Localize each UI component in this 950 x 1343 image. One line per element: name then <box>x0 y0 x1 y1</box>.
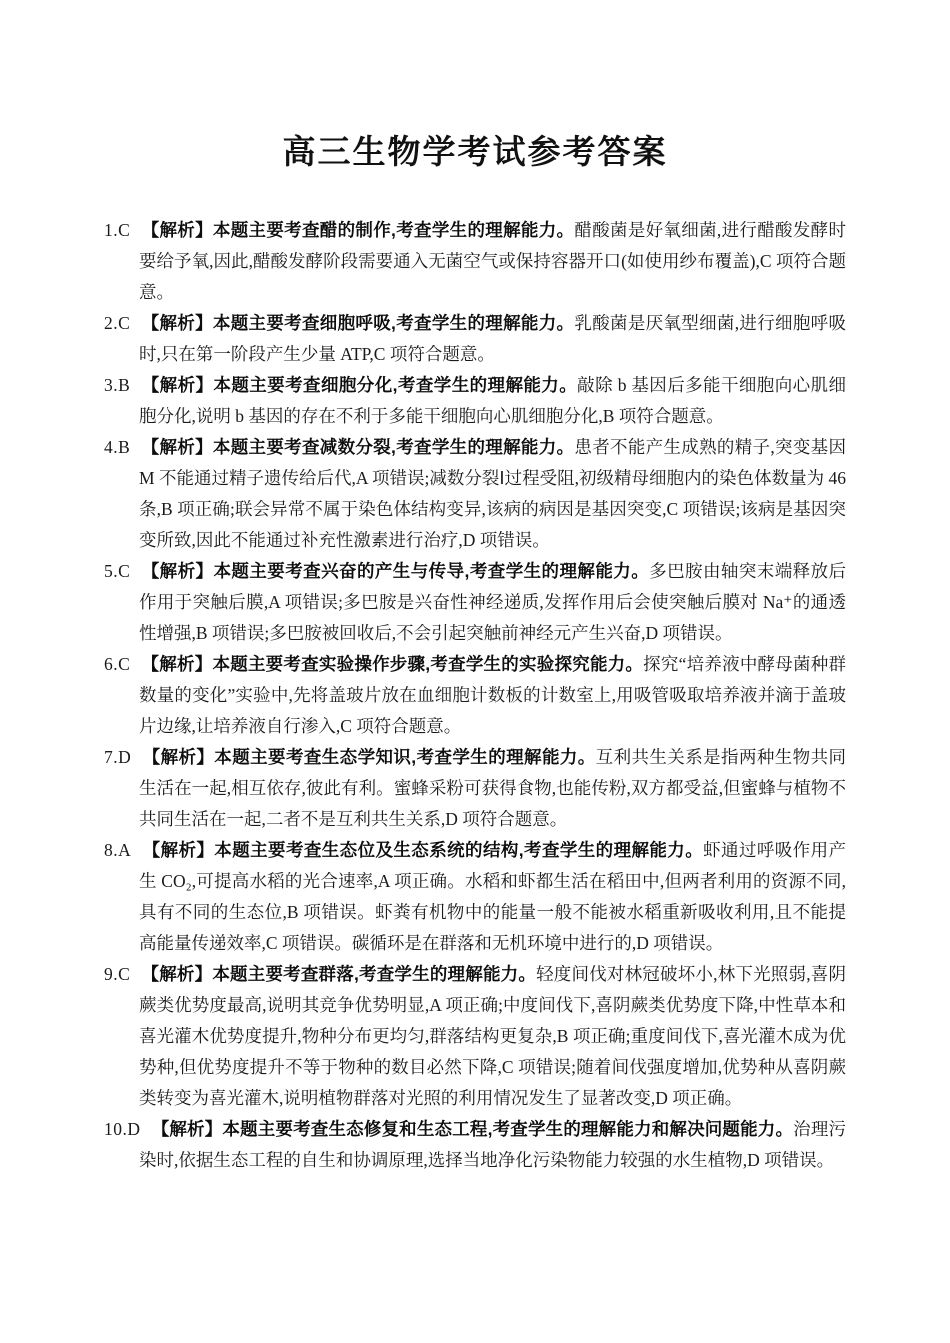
analysis-text: 轻度间伐对林冠破坏小,林下光照弱,喜阴蕨类优势度最高,说明其竞争优势明显,A 项… <box>139 964 846 1108</box>
answer-item-4: 4.B【解析】本题主要考查减数分裂,考查学生的理解能力。患者不能产生成熟的精子,… <box>104 432 846 556</box>
answer-item-6: 6.C【解析】本题主要考查实验操作步骤,考查学生的实验探究能力。探究“培养液中酵… <box>104 649 846 742</box>
answer-list: 1.C【解析】本题主要考查醋的制作,考查学生的理解能力。醋酸菌是好氧细菌,进行醋… <box>104 215 846 1176</box>
page-title: 高三生物学考试参考答案 <box>104 126 846 173</box>
answer-item-8: 8.A【解析】本题主要考查生态位及生态系统的结构,考查学生的理解能力。虾通过呼吸… <box>104 835 846 959</box>
answer-number: 3.B <box>104 375 130 395</box>
analysis-heading: 【解析】本题主要考查细胞分化,考查学生的理解能力。 <box>141 375 577 395</box>
answer-number: 7.D <box>104 747 131 767</box>
answer-item-9: 9.C【解析】本题主要考查群落,考查学生的理解能力。轻度间伐对林冠破坏小,林下光… <box>104 959 846 1114</box>
analysis-heading: 【解析】本题主要考查生态位及生态系统的结构,考查学生的理解能力。 <box>142 840 703 860</box>
answer-number: 2.C <box>104 313 130 333</box>
answer-number: 5.C <box>104 561 130 581</box>
document-content: 高三生物学考试参考答案 1.C【解析】本题主要考查醋的制作,考查学生的理解能力。… <box>0 0 950 1176</box>
analysis-heading: 【解析】本题主要考查群落,考查学生的理解能力。 <box>141 964 536 984</box>
answer-number: 8.A <box>104 840 131 860</box>
answer-number: 6.C <box>104 654 130 674</box>
answer-item-7: 7.D【解析】本题主要考查生态学知识,考查学生的理解能力。互利共生关系是指两种生… <box>104 742 846 835</box>
answer-item-5: 5.C【解析】本题主要考查兴奋的产生与传导,考查学生的理解能力。多巴胺由轴突末端… <box>104 556 846 649</box>
analysis-heading: 【解析】本题主要考查兴奋的产生与传导,考查学生的理解能力。 <box>141 561 649 581</box>
answer-number: 9.C <box>104 964 130 984</box>
answer-item-1: 1.C【解析】本题主要考查醋的制作,考查学生的理解能力。醋酸菌是好氧细菌,进行醋… <box>104 215 846 308</box>
answer-number: 10.D <box>104 1119 141 1139</box>
analysis-heading: 【解析】本题主要考查生态学知识,考查学生的理解能力。 <box>142 747 595 767</box>
analysis-heading: 【解析】本题主要考查实验操作步骤,考查学生的实验探究能力。 <box>141 654 643 674</box>
analysis-heading: 【解析】本题主要考查减数分裂,考查学生的理解能力。 <box>141 437 574 457</box>
answer-item-3: 3.B【解析】本题主要考查细胞分化,考查学生的理解能力。敲除 b 基因后多能干细… <box>104 370 846 432</box>
answer-number: 1.C <box>104 220 130 240</box>
answer-item-2: 2.C【解析】本题主要考查细胞呼吸,考查学生的理解能力。乳酸菌是厌氧型细菌,进行… <box>104 308 846 370</box>
answer-item-10: 10.D【解析】本题主要考查生态修复和生态工程,考查学生的理解能力和解决问题能力… <box>104 1114 846 1176</box>
analysis-heading: 【解析】本题主要考查醋的制作,考查学生的理解能力。 <box>141 220 574 240</box>
analysis-heading: 【解析】本题主要考查生态修复和生态工程,考查学生的理解能力和解决问题能力。 <box>152 1119 794 1139</box>
document-page: 高三生物学考试参考答案 1.C【解析】本题主要考查醋的制作,考查学生的理解能力。… <box>0 0 950 1343</box>
analysis-heading: 【解析】本题主要考查细胞呼吸,考查学生的理解能力。 <box>141 313 574 333</box>
answer-number: 4.B <box>104 437 130 457</box>
